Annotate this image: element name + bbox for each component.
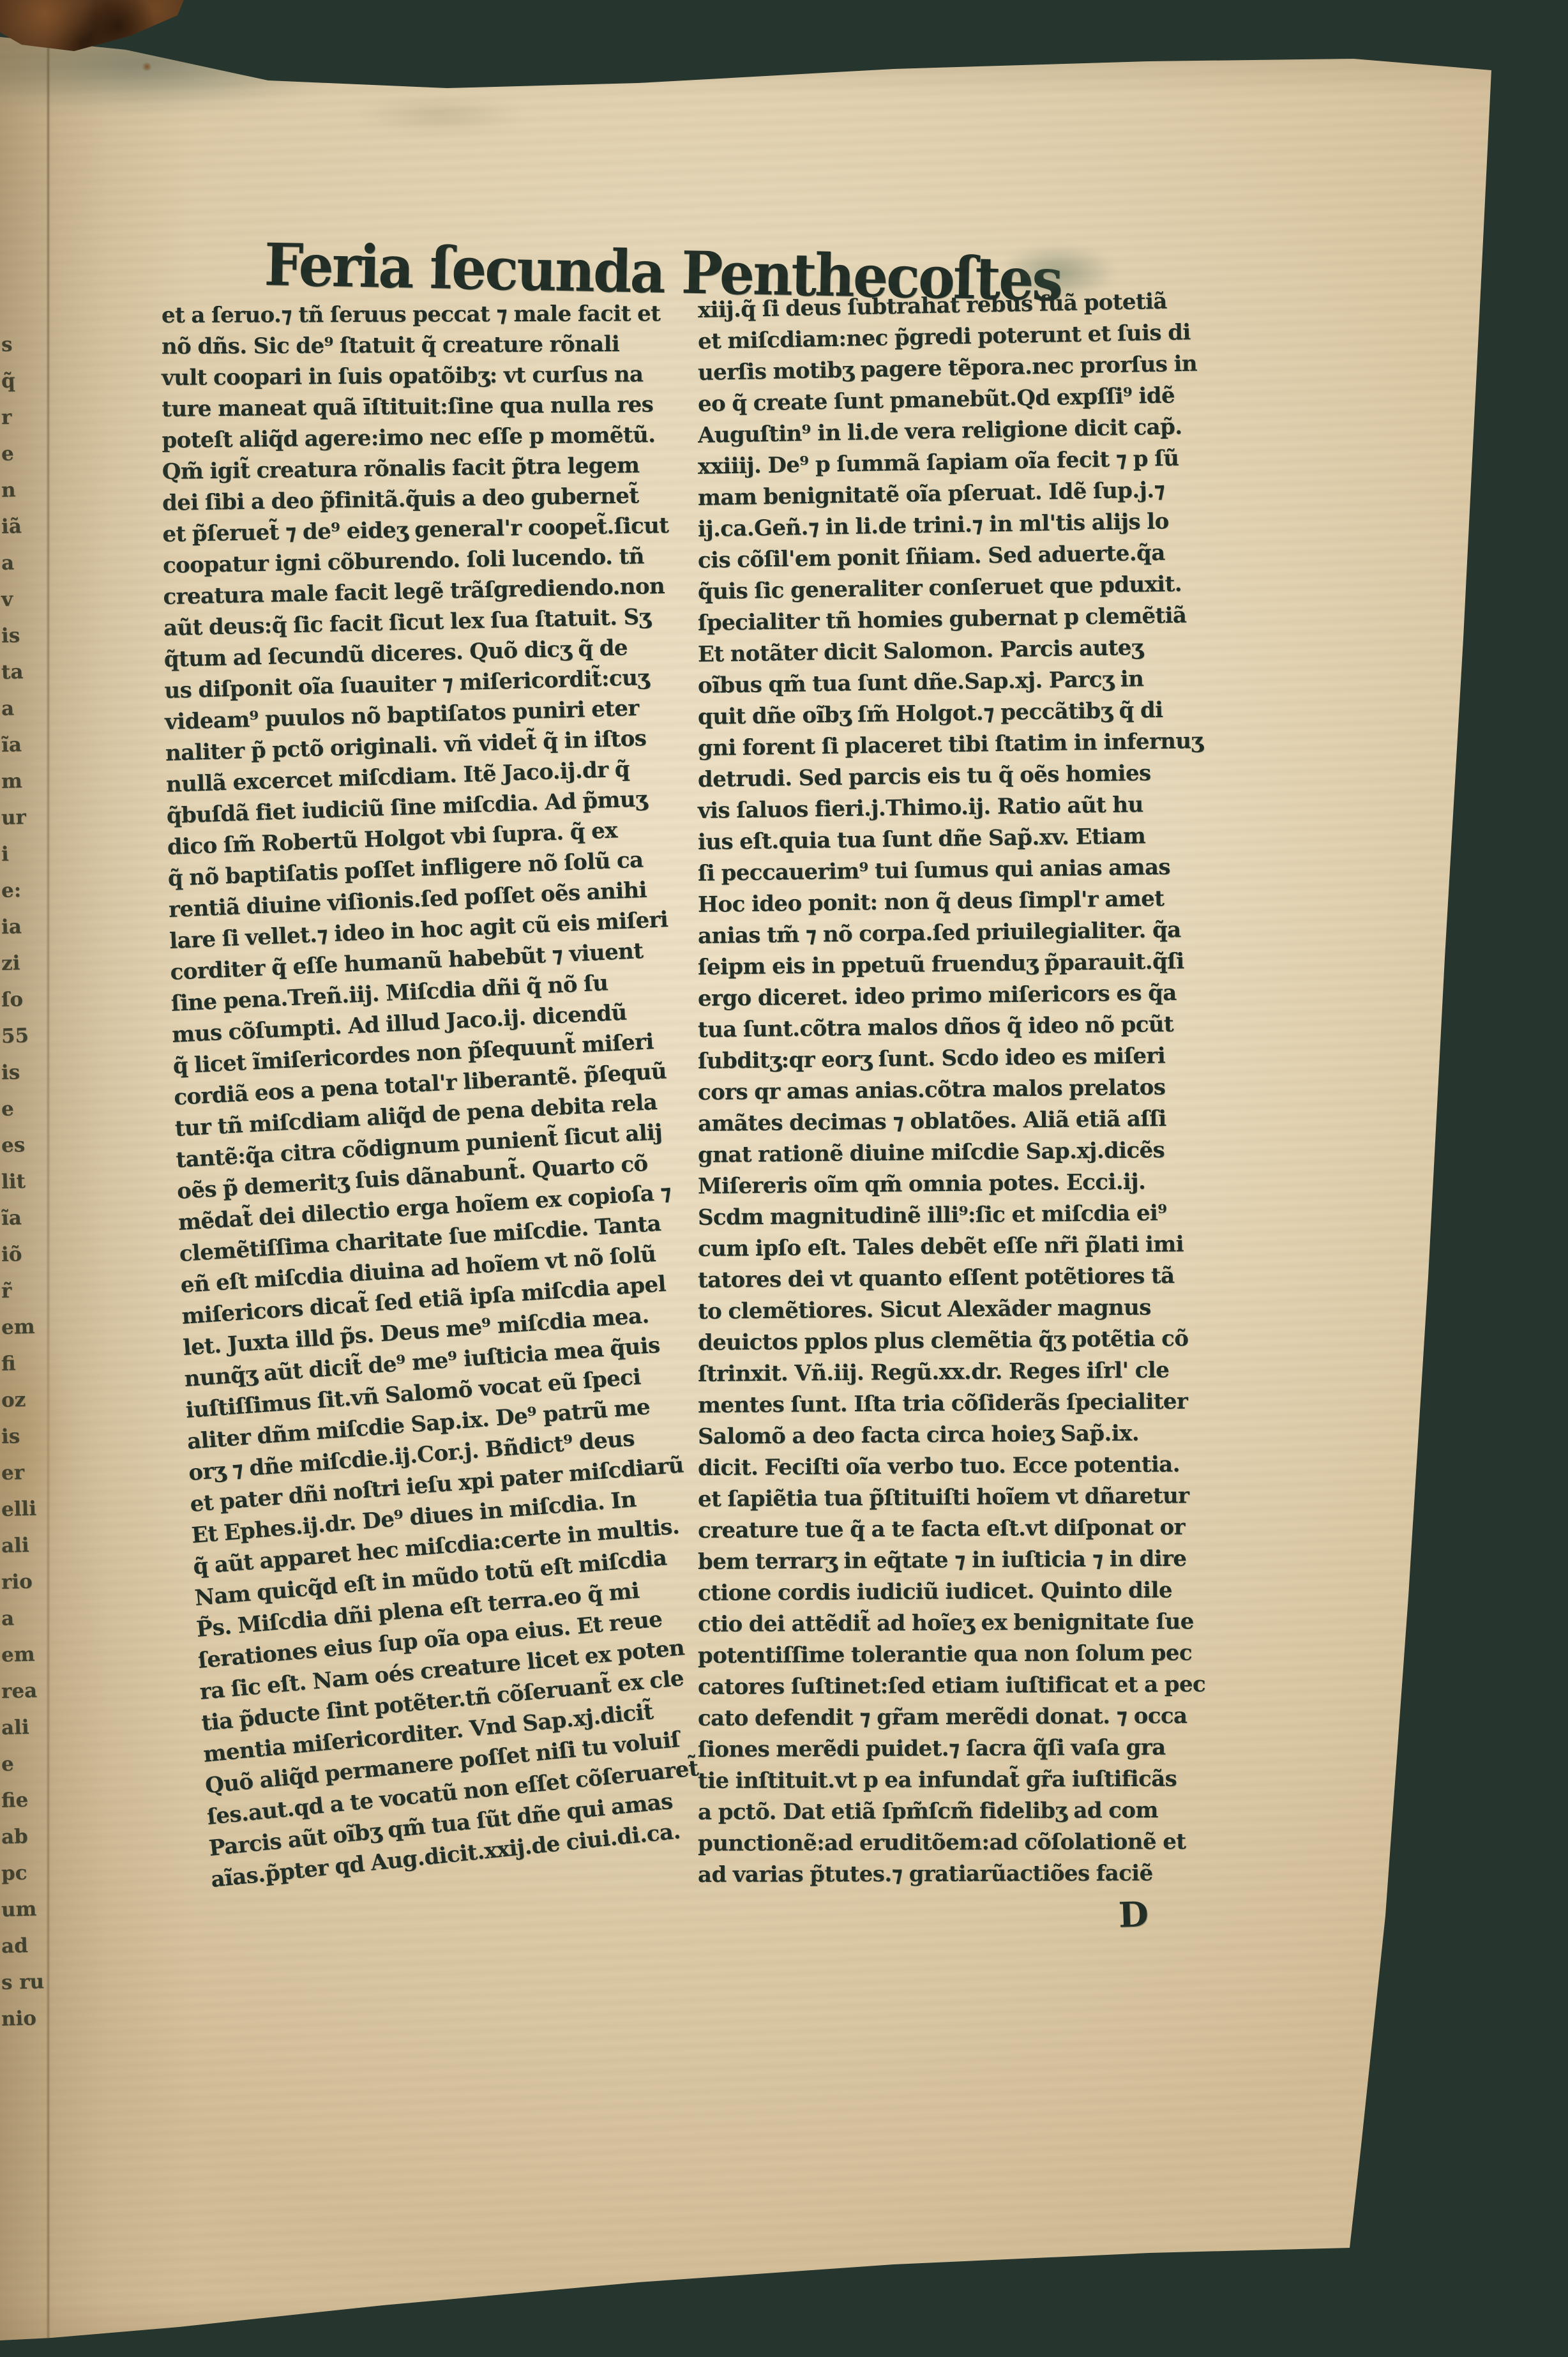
- text-line: q̃: [1, 362, 42, 400]
- text-line: punctionẽ:ad eruditõem:ad cõſolationẽ et: [698, 1826, 1285, 1860]
- text-line: cum ipſo eſt. Tales debẽt eſſe nr̃i p̃la…: [698, 1228, 1285, 1265]
- text-line: creature tue q̃ a te facta eſt.vt diſpon…: [698, 1512, 1285, 1547]
- signature-mark: D: [1118, 1893, 1149, 1936]
- text-line: catores ſuſtinet:ſed etiam iuſtificat et…: [698, 1669, 1285, 1703]
- text-line: er: [1, 1454, 42, 1492]
- text-line: s ru: [1, 1964, 42, 2001]
- text-line: r̃: [1, 1272, 42, 1310]
- stain: [358, 96, 524, 134]
- text-line: ur: [1, 799, 42, 837]
- text-line: e:: [1, 872, 42, 909]
- text-line: ad varias p̃tutes.⁊ gratiarũactiões faci…: [698, 1858, 1285, 1891]
- text-line: r: [1, 398, 42, 436]
- text-line: pc: [1, 1854, 42, 1892]
- text-line: dicit. Feciſti oĩa verbo tuo. Ecce poten…: [698, 1448, 1285, 1484]
- text-line: nio: [1, 2000, 42, 2038]
- text-line: v: [1, 580, 42, 618]
- text-line: et ſapiẽtia tua p̃ſtituiſti hoĩem vt dña…: [698, 1480, 1285, 1515]
- text-line: em: [1, 1308, 42, 1346]
- text-line: cato defendit ⁊ gr̃am merẽdi donat. ⁊ oc…: [698, 1700, 1285, 1734]
- text-line: mentes ſunt. Iſta tria cõſiderãs ſpecial…: [698, 1385, 1285, 1421]
- text-line: a: [1, 544, 42, 582]
- text-line: ad: [1, 1927, 42, 1965]
- text-line: n: [1, 471, 42, 509]
- text-line: Scdm magnitudinẽ illi⁹:ſic et miſcdia ei…: [698, 1197, 1285, 1234]
- text-line: ab: [1, 1818, 42, 1856]
- text-line: to clemẽtiores. Sicut Alexãder magnus: [698, 1291, 1285, 1328]
- text-line: m: [1, 762, 42, 800]
- text-column-right: xiij.q̃ ſi deus ſubtrahat rebus ſuã pote…: [698, 295, 1285, 1891]
- text-line: Salomõ a deo facta circa hoieʒ Sap̃.ix.: [698, 1417, 1285, 1453]
- facing-page-fragments: sq̃reniãavistaaĩamurie:iaziſo55iseeslitĩ…: [1, 327, 42, 2038]
- text-line: 55: [1, 1017, 42, 1055]
- text-line: fie: [1, 1782, 42, 1819]
- text-line: es: [1, 1126, 42, 1164]
- text-line: ali: [1, 1527, 42, 1565]
- text-line: iõ: [1, 1236, 42, 1273]
- text-line: ĩa: [1, 726, 42, 764]
- text-line: is: [1, 1418, 42, 1455]
- text-line: ta: [1, 653, 42, 691]
- text-line: em: [1, 1636, 42, 1674]
- book-page: sq̃reniãavistaaĩamurie:iaziſo55iseeslitĩ…: [0, 0, 1568, 2357]
- text-line: ctione cordis iudiciũ iudicet. Quinto di…: [698, 1574, 1285, 1609]
- text-line: tatores dei vt quanto eſſent potẽtiores …: [698, 1259, 1285, 1296]
- text-line: a: [1, 1600, 42, 1637]
- text-line: i: [1, 835, 42, 873]
- text-line: is: [1, 617, 42, 655]
- text-line: ctio dei attẽdit̃ ad hoĩeʒ ex benignitat…: [698, 1606, 1285, 1641]
- text-line: rea: [1, 1672, 42, 1710]
- text-line: e: [1, 435, 42, 473]
- text-line: tie inſtituit.vt p ea infundat̃ gr̃a iuſ…: [698, 1763, 1285, 1797]
- stain: [142, 63, 152, 71]
- text-line: potentiſſime tolerantie qua non ſolum pe…: [698, 1637, 1285, 1672]
- text-line: vult coopari in ſuis opatõibʒ: vt curſus…: [162, 359, 698, 394]
- text-line: bem terrarʒ in eq̃tate ⁊ in iuſticia ⁊ i…: [698, 1543, 1285, 1578]
- text-line: ſiones merẽdi puidet.⁊ ſacra q̃ſi vaſa g…: [698, 1732, 1285, 1766]
- fold-crease: [47, 36, 49, 2347]
- text-line: e: [1, 1090, 42, 1128]
- text-line: ſo: [1, 981, 42, 1019]
- text-line: iã: [1, 508, 42, 545]
- text-line: ali: [1, 1709, 42, 1747]
- text-line: ĩa: [1, 1199, 42, 1237]
- text-line: a: [1, 690, 42, 727]
- text-line: is: [1, 1054, 42, 1091]
- text-line: deuictos pplos plus clemẽtia q̃ʒ potẽtia…: [698, 1322, 1285, 1359]
- text-line: oz: [1, 1381, 42, 1419]
- text-line: ia: [1, 908, 42, 946]
- text-line: elli: [1, 1490, 42, 1528]
- text-line: rio: [1, 1563, 42, 1601]
- text-line: zi: [1, 944, 42, 982]
- text-column-left: et a ſeruo.⁊ tñ ſeruus peccat ⁊ male fac…: [162, 300, 698, 1896]
- photo-canvas: { "photo": { "background_color": "#26352…: [0, 0, 1568, 2357]
- text-line: a pctõ. Dat etiã ſpm̃ſcm̃ fidelibʒ ad co…: [698, 1794, 1285, 1828]
- text-line: um: [1, 1891, 42, 1929]
- text-line: lit: [1, 1163, 42, 1201]
- photograph: sq̃reniãavistaaĩamurie:iaziſo55iseeslitĩ…: [0, 0, 1568, 2357]
- text-line: ſtrinxit. Vñ.iij. Regũ.xx.dr. Reges iſrl…: [698, 1354, 1285, 1390]
- text-line: s: [1, 326, 42, 363]
- text-line: fi: [1, 1345, 42, 1383]
- text-line: e: [1, 1745, 42, 1783]
- text-line: nõ dñs. Sic de⁹ ſtatuit q̃ creature rõna…: [162, 328, 698, 363]
- text-line: et a ſeruo.⁊ tñ ſeruus peccat ⁊ male fac…: [162, 298, 698, 331]
